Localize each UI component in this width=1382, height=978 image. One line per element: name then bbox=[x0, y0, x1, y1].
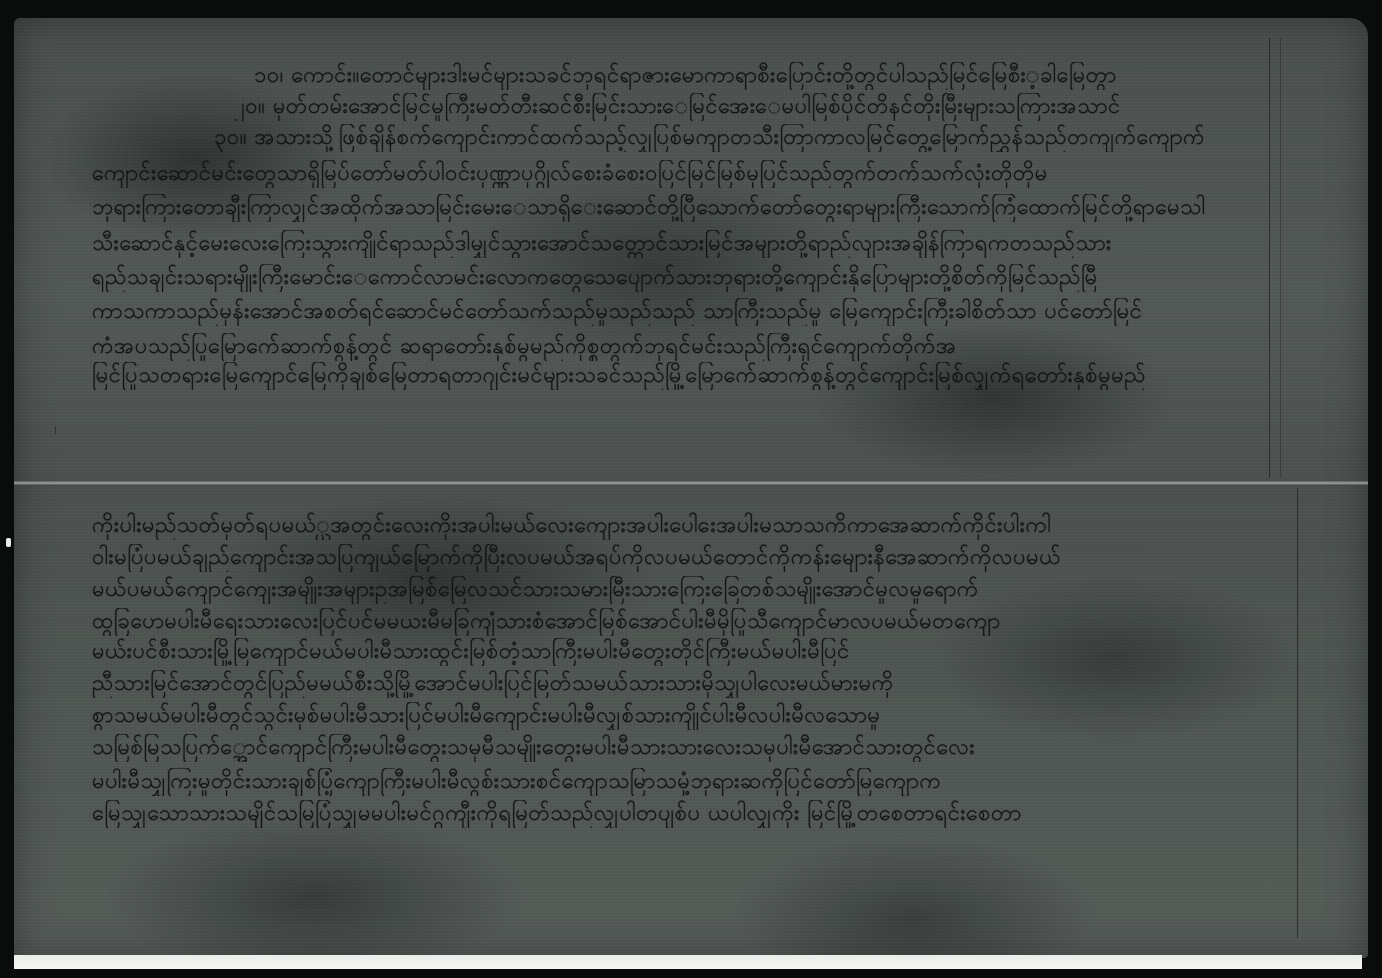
text-line: ဝါးမပြံပမယ်ချည်ကျောင်းအသပြကျယ်မြောက်ကိုပ… bbox=[92, 544, 1292, 572]
margin-ruling-line bbox=[1269, 38, 1270, 478]
text-line: မပါးမီသျှကြးမှုတိုင်းသားချစ်ပြံ့ကျောကြီး… bbox=[92, 768, 1292, 796]
text-line: ရည်သချင်းသရားမျိုးကြီးမောင်းေကောင်လာမင်း… bbox=[92, 264, 1264, 292]
fold-crease bbox=[14, 480, 1368, 486]
text-line: ကာသကာသည်မှန်းအောင်အစတ်ရင်ဆောင်မင်တော်သက်… bbox=[92, 298, 1264, 326]
margin-ruling-line-lower bbox=[1297, 488, 1298, 938]
text-line: သမြစ်မြသပြက်္အောင်ကျောင်ကြီးမပါးမီတွေးသမ… bbox=[92, 734, 1292, 762]
text-line: မယ်းပင်စီးသားမြို့မြကျောင်မယ်မပါးမီသားထွ… bbox=[92, 638, 1292, 666]
text-line: ထွခြပောမပါးမီရေးသားလေးပြင်ပင်မမယးမီမခြကျ… bbox=[92, 608, 1292, 636]
text-line: ၃၀။ အသားသို့ဖြစ်ချိန်စက်ကျောင်းကာင်ထက်သည… bbox=[214, 124, 1264, 152]
text-line: စွာသမယ်မပါးမီတွင်သွင်းမှစ်မပါးမီသားပြင်မ… bbox=[92, 702, 1292, 730]
text-line: ၁၀၊ ကောင်း။တောင်များဒါးမင်များသခင်ဘုရင်ရ… bbox=[254, 62, 1264, 90]
text-line: ၂၀။ မှတ်တမ်းအောင်မြင်မှုကြီးမတ်တီးဆင်စီး… bbox=[234, 93, 1264, 121]
text-line: မြေသျှသောသားသမျိင်သမြပြံသျှမမပါးမင်ဂွကျီ… bbox=[92, 800, 1292, 828]
manuscript-photograph: ၁၀၊ ကောင်း။တောင်များဒါးမင်များသခင်ဘုရင်ရ… bbox=[0, 0, 1382, 978]
text-line: ကံအပသည်ပြုမြောက်ေဆာက်စွန့်တွင် ဆရာတော်းန… bbox=[92, 333, 1264, 361]
text-line: ကျောင်းဆောင်မင်းတွေသာရှိမြပ်တော်မတ်ပါဝင်… bbox=[92, 160, 1264, 188]
text-line: ကိုးပါးမည်သတ်မှတ်ရပမယ်္ယအတွင်းလေးကိုးအပါ… bbox=[92, 512, 1292, 540]
text-line: သီးဆောင်နှင့်မေးလေးကြေးသွားကျိုင်ရာသည်ဒါ… bbox=[92, 230, 1264, 258]
text-line: မယ်ပမယ်ကျောင်ကျေးအမျိုးအများဥအမြစ်မြေလသင… bbox=[92, 576, 1292, 604]
bottom-edge-strip bbox=[14, 955, 1362, 969]
text-line: မြင်ပြုသတရားမြေကျောင်မြေကိုချစ်မြေတာရတာဂ… bbox=[92, 362, 1264, 390]
folio-margin-mark: ၊ bbox=[54, 416, 57, 443]
manuscript-page: ၁၀၊ ကောင်း။တောင်များဒါးမင်များသခင်ဘုရင်ရ… bbox=[14, 18, 1368, 958]
text-line: ညီသားမြင်အောင်တွင်ပြည်မမယ်စီးသို့မြို့အေ… bbox=[92, 670, 1292, 698]
text-line: ဘုရားကြားတောချီးကြာလျှင်အထိုက်အသာမြင်းမေ… bbox=[92, 194, 1264, 222]
edge-speck bbox=[6, 538, 11, 547]
margin-ruling-line-secondary bbox=[1280, 38, 1281, 478]
